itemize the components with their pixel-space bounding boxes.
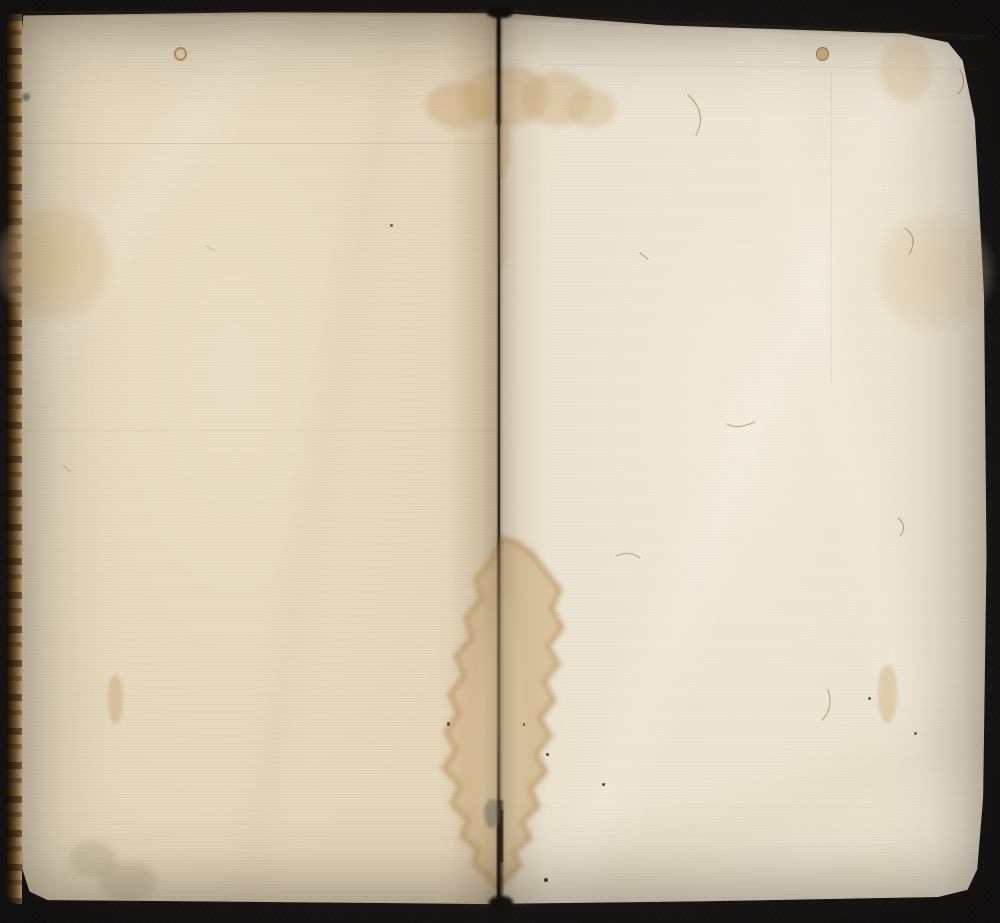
gray-smudge-bottom-left-2	[100, 862, 156, 902]
speck	[546, 753, 549, 756]
left-page-faint-line-2	[20, 430, 490, 431]
book-scan-scene	[0, 0, 1000, 923]
speck	[868, 697, 871, 700]
left-page-top-shadow	[19, 11, 498, 17]
book-fore-edge	[6, 14, 22, 904]
speck	[390, 224, 393, 227]
gutter-dark-top	[496, 10, 501, 125]
speck-gray-left	[22, 93, 30, 101]
right-page-faint-vertical-line	[831, 72, 832, 382]
speck-ring-top-left	[174, 47, 187, 61]
speck	[447, 722, 450, 726]
drip-stain-bottom-right	[878, 666, 897, 723]
speck	[914, 732, 917, 735]
gutter-fold-line	[497, 11, 500, 904]
corner-stain-top-right	[880, 38, 932, 102]
top-water-stain	[420, 62, 650, 147]
speck	[602, 783, 605, 786]
drip-stain-bottom-left	[108, 676, 123, 724]
stain-lobe	[566, 88, 616, 128]
spine-notch-bottom	[489, 896, 513, 910]
round-stain-right	[872, 210, 996, 334]
speck	[523, 723, 525, 726]
gray-smudge-gutter	[484, 799, 500, 828]
speck	[544, 878, 548, 882]
spine-notch-top	[487, 7, 513, 18]
speck-top-right	[816, 47, 829, 61]
